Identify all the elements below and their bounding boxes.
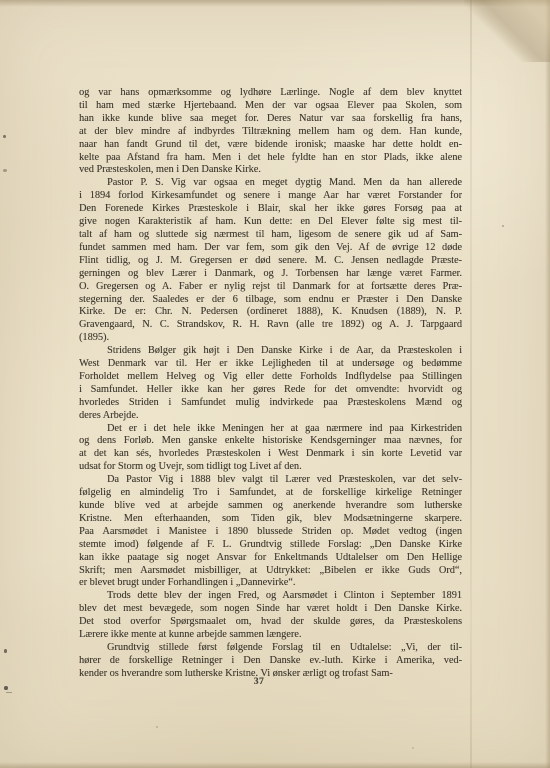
ink-speck: [412, 747, 414, 749]
text-line: han ikke kunde blive saa meget for. Dere…: [79, 113, 462, 126]
text-line: at det kan sés, hvorledes Præsteskolen i…: [79, 448, 462, 461]
text-line: Gravengaard, N. C. Strandskov, R. H. Rav…: [79, 319, 462, 332]
page-bottom-edge-shadow: [0, 762, 550, 768]
text-line: kelte paa Afstand fra ham. Men i det hel…: [79, 152, 462, 165]
page-right-edge-shadow: [545, 0, 550, 768]
ink-speck: [4, 686, 8, 690]
text-line: i 1894 forlod Kirkesamfundet og senere i…: [79, 190, 462, 203]
text-line: til ham med stærke Hjertebaand. Men der …: [79, 100, 462, 113]
scanned-book-page: og var hans opmærksomme og lydhøre Lærli…: [0, 0, 550, 768]
text-line: (1895).: [79, 332, 462, 345]
text-line: stemte imod) følgende af F. L. Grundtvig…: [79, 539, 462, 552]
text-line: Kirke. De er: Chr. N. Pedersen (ordinere…: [79, 306, 462, 319]
text-line: Den Forenede Kirkes Præsteskole i Blair,…: [79, 203, 462, 216]
paragraph: Da Pastor Vig i 1888 blev valgt til Lære…: [79, 474, 462, 590]
text-line: give nogen Karakteristik af ham. Kun det…: [79, 216, 462, 229]
text-line: Kristne. Men efterhaanden, som Tiden gik…: [79, 513, 462, 526]
text-line: Det stod overfor Spørgsmaalet om, hvad d…: [79, 616, 462, 629]
ink-speck: [3, 169, 7, 172]
text-line: Da Pastor Vig i 1888 blev valgt til Lære…: [79, 474, 462, 487]
text-line: naar han fandt Grund til det, være biden…: [79, 139, 462, 152]
ink-speck: [6, 692, 12, 693]
ink-speck: [3, 135, 6, 138]
text-line: kunde blive ved at arbejde sammen og ane…: [79, 500, 462, 513]
text-line: West Denmark var til. Her er ikke Lejlig…: [79, 358, 462, 371]
text-line: i Samfundet. Heller ikke kan her gøres R…: [79, 384, 462, 397]
text-line: Grundtvig stillede først følgende Forsla…: [79, 642, 462, 655]
paragraph: Pastor P. S. Vig var ogsaa en meget dygt…: [79, 177, 462, 345]
text-line: Flint tidlig, og J. M. Gregersen er død …: [79, 255, 462, 268]
text-line: O. Gregersen og A. Faber er nylig rejst …: [79, 281, 462, 294]
text-line: talt af ham og sluttede sig nærmest til …: [79, 229, 462, 242]
text-line: er blevet brugt under Forhandlingen i „D…: [79, 577, 462, 590]
text-line: Stridens Bølger gik højt i Den Danske Ki…: [79, 345, 462, 358]
text-line: Trods dette blev der ingen Fred, og Aars…: [79, 590, 462, 603]
paragraph: Det er i det hele ikke Meningen her at g…: [79, 423, 462, 475]
text-line: hvorledes Striden i Samfundet mulig indv…: [79, 397, 462, 410]
paragraph: og var hans opmærksomme og lydhøre Lærli…: [79, 87, 462, 177]
text-line: Forholdet mellem Helveg og Vig eller det…: [79, 371, 462, 384]
paper-crease-line: [470, 0, 472, 768]
ink-speck: [502, 225, 504, 227]
ink-speck: [4, 649, 7, 653]
ink-speck: [156, 726, 158, 728]
text-line: følgelig en almindelig Tro i Samfundet, …: [79, 487, 462, 500]
text-line: stegerning der. Saaledes er der 6 tilbag…: [79, 294, 462, 307]
text-line: gerningen og blev Lærer i Danmark, og J.…: [79, 268, 462, 281]
text-line: og var hans opmærksomme og lydhøre Lærli…: [79, 87, 462, 100]
text-line: deres Arbejde.: [79, 410, 462, 423]
text-line: Paa Aarsmødet i Manistee i 1890 blussede…: [79, 526, 462, 539]
paragraph: Grundtvig stillede først følgende Forsla…: [79, 642, 462, 681]
text-line: Lærere ikke mente at kunne arbejde samme…: [79, 629, 462, 642]
text-line: fundet sammen med ham. Der var fem, som …: [79, 242, 462, 255]
paragraph: Stridens Bølger gik højt i Den Danske Ki…: [79, 345, 462, 422]
text-line: kan ikke paatage sig noget Ansvar for En…: [79, 552, 462, 565]
text-line: udsat for Storm og Uvejr, som tidligt to…: [79, 461, 462, 474]
text-line: hører de forskellige Retninger i Den Dan…: [79, 655, 462, 668]
corner-fold-crease: [464, 0, 550, 62]
text-line: blev det mest bevægede, som nogen Sinde …: [79, 603, 462, 616]
text-line: at der blev mindre af indbyrdes Tiltrækn…: [79, 126, 462, 139]
paragraph: Trods dette blev der ingen Fred, og Aars…: [79, 590, 462, 642]
text-line: Skrift; men Aarsmødet misbilliger, at Ud…: [79, 565, 462, 578]
text-block: og var hans opmærksomme og lydhøre Lærli…: [79, 87, 462, 681]
text-line: Det er i det hele ikke Meningen her at g…: [79, 423, 462, 436]
page-number: 37: [79, 677, 439, 687]
text-line: ved Præsteskolen, men i Den Danske Kirke…: [79, 164, 462, 177]
text-line: og dens Forløb. Men ganske enkelte histo…: [79, 435, 462, 448]
text-line: Pastor P. S. Vig var ogsaa en meget dygt…: [79, 177, 462, 190]
